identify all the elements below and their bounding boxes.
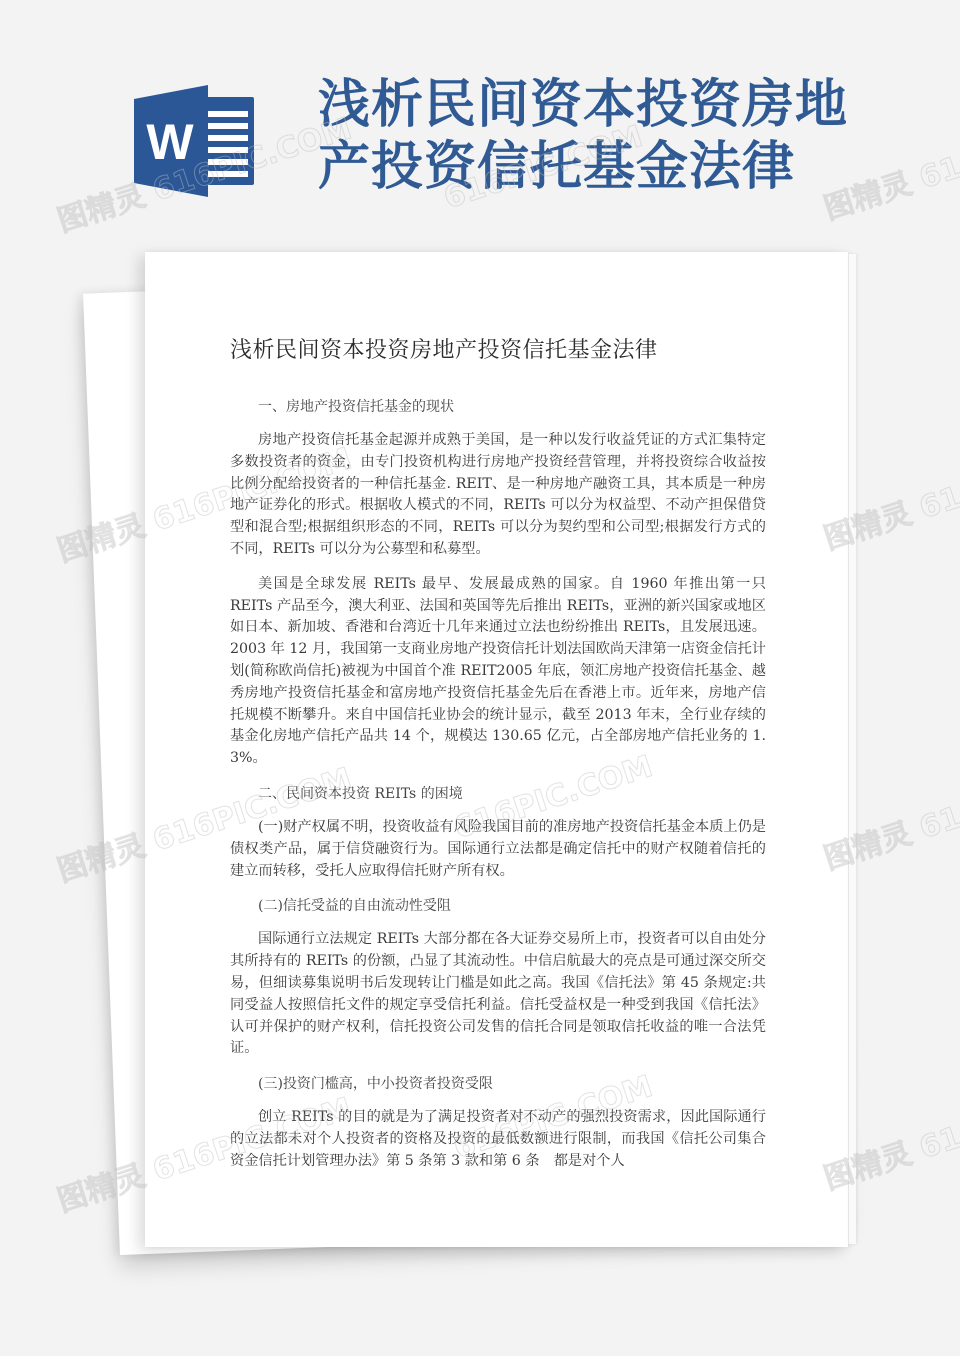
paragraph: 创立 REITs 的目的就是为了满足投资者对不动产的强烈投资需求，因此国际通行的… (230, 1107, 766, 1172)
word-document-icon: W (134, 85, 256, 197)
section-heading: 一、房地产投资信托基金的现状 (230, 396, 766, 418)
paragraph: 房地产投资信托基金起源并成熟于美国，是一种以发行收益凭证的方式汇集特定多数投资者… (230, 430, 766, 561)
document-title: 浅析民间资本投资房地产投资信托基金法律 (230, 336, 766, 366)
subsection-heading: (三)投资门槛高，中小投资者投资受限 (230, 1073, 766, 1095)
document-body: 浅析民间资本投资房地产投资信托基金法律 一、房地产投资信托基金的现状 房地产投资… (230, 336, 766, 1186)
paragraph: (一)财产权属不明，投资收益有风险我国目前的准房地产投资信托基金本质上仍是债权类… (230, 817, 766, 882)
section-heading: 二、民间资本投资 REITs 的困境 (230, 783, 766, 805)
svg-text:W: W (146, 114, 194, 170)
header-title: 浅析民间资本投资房地产投资信托基金法律 (318, 74, 878, 198)
document-page: 浅析民间资本投资房地产投资信托基金法律 一、房地产投资信托基金的现状 房地产投资… (145, 252, 848, 1247)
header-banner: W 浅析民间资本投资房地产投资信托基金法律 (0, 0, 960, 240)
paragraph: 国际通行立法规定 REITs 大部分都在各大证券交易所上市，投资者可以自由处分其… (230, 929, 766, 1060)
paragraph: 美国是全球发展 REITs 最早、发展最成熟的国家。自 1960 年推出第一只 … (230, 574, 766, 770)
subsection-heading: (二)信托受益的自由流动性受阻 (230, 895, 766, 917)
